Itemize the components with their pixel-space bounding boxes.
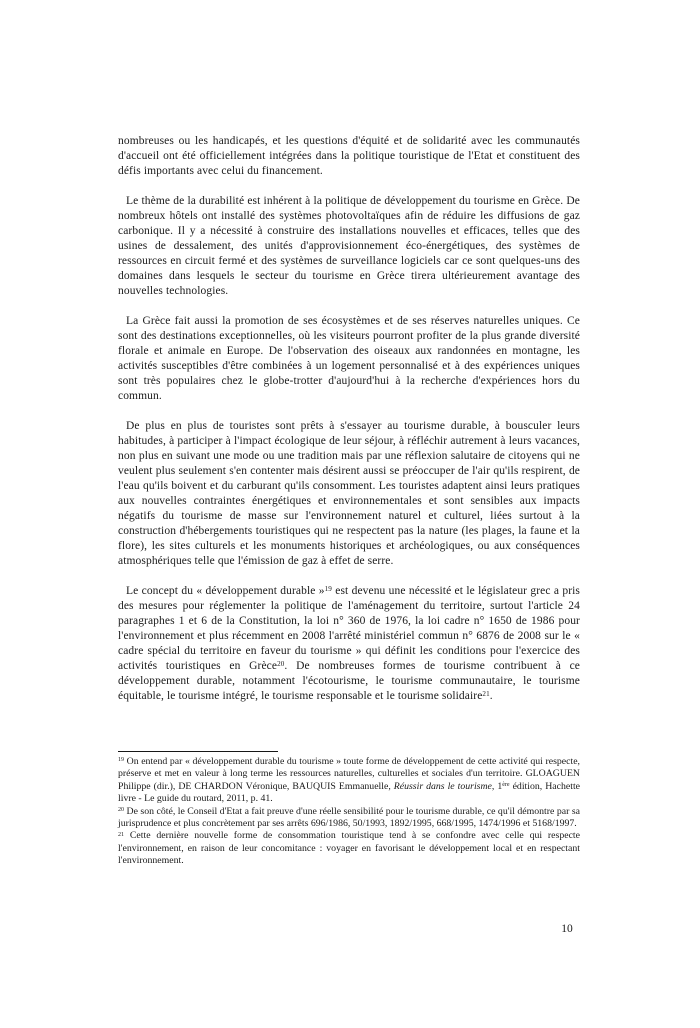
body-paragraph: nombreuses ou les handicapés, et les que… bbox=[118, 134, 580, 179]
document-page: nombreuses ou les handicapés, et les que… bbox=[0, 0, 700, 1028]
body-paragraph: La Grèce fait aussi la promotion de ses … bbox=[118, 314, 580, 404]
body-paragraph: Le thème de la durabilité est inhérent à… bbox=[118, 194, 580, 299]
footnote-19: 19 On entend par « développement durable… bbox=[118, 756, 580, 806]
body-text: nombreuses ou les handicapés, et les que… bbox=[118, 134, 580, 719]
footnote-separator bbox=[118, 751, 278, 752]
page-number: 10 bbox=[550, 922, 584, 937]
footnote-20: 20 De son côté, le Conseil d'Etat a fait… bbox=[118, 806, 580, 831]
footnotes-section: 19 On entend par « développement durable… bbox=[118, 751, 580, 868]
footnote-21: 21 Cette dernière nouvelle forme de cons… bbox=[118, 830, 580, 867]
body-paragraph: Le concept du « développement durable »1… bbox=[118, 584, 580, 704]
body-paragraph: De plus en plus de touristes sont prêts … bbox=[118, 419, 580, 569]
